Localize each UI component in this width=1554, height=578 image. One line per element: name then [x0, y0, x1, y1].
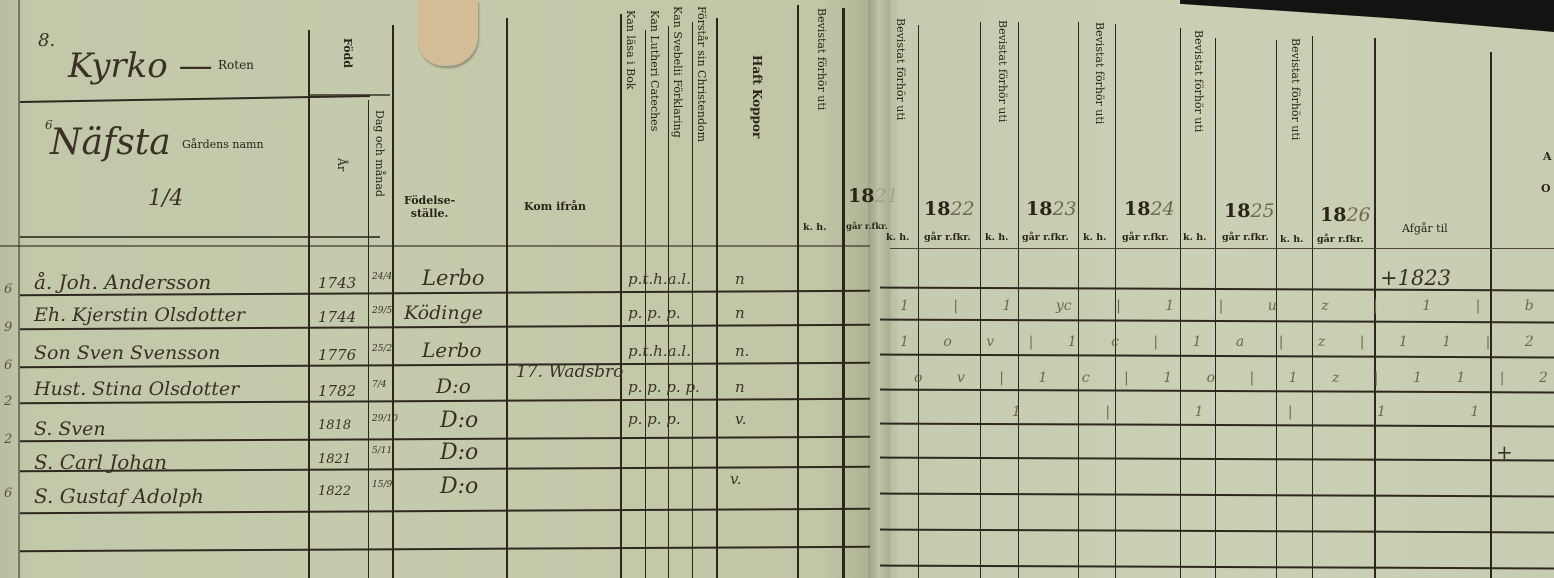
header-forstar: Förstår sin Christendom	[695, 6, 708, 142]
header-kan-luther: Kan Lutheri Cateches	[648, 10, 661, 131]
paper-bookmark-tab	[418, 0, 478, 66]
header-afgar-til: Afgår til	[1402, 222, 1448, 235]
plus-mark: +	[1496, 440, 1513, 464]
sub-k-h-1821: k. h.	[803, 222, 826, 233]
birth-day-month: 29/5	[372, 306, 392, 316]
birthplace: D:o	[436, 374, 471, 398]
rote-label: Roten	[218, 58, 254, 72]
birth-day-month: 25/2	[372, 344, 392, 354]
sub-gard-1823: går r.fkr.	[1022, 232, 1069, 243]
sub-gard-1826: går r.fkr.	[1317, 234, 1364, 245]
header-kan-lasa: Kan läsa i Bok	[624, 10, 637, 90]
birthplace: Ködinge	[404, 302, 483, 324]
birthplace: D:o	[440, 440, 478, 465]
register-page: 8. Kyrko — Roten 6 Näfsta Gårdens namn 1…	[0, 0, 1554, 578]
koppor: v.	[735, 410, 746, 428]
book-gutter	[868, 0, 890, 578]
reading-marks: p. p. p. p.	[628, 378, 700, 396]
farm-label: Gårdens namn	[182, 138, 264, 151]
year-1821: 1821	[848, 185, 899, 207]
birth-year: 1776	[318, 346, 356, 364]
sub-k-h-1824: k. h.	[1083, 232, 1106, 243]
birth-day-month: 29/10	[372, 414, 398, 424]
koppor: n	[735, 304, 745, 322]
reading-marks: p.t.h.a.l.	[628, 342, 691, 360]
header-bevistat-1822: Bevistat förhör uti	[894, 18, 907, 120]
sub-k-h-1826: k. h.	[1280, 234, 1303, 245]
header-fodelsestalle: Födelse- ställe.	[404, 194, 455, 220]
header-dag-manad: Dag och månad	[373, 110, 386, 197]
header-bevistat-1825: Bevistat förhör uti	[1192, 30, 1205, 132]
birth-year: 1743	[318, 274, 356, 292]
koppor: n.	[735, 342, 749, 360]
header-kom-ifran: Kom ifrån	[524, 200, 586, 213]
koppor: n	[735, 378, 745, 396]
header-haft-koppor: Haft Koppor	[750, 55, 764, 138]
header-ar: År	[335, 158, 348, 171]
examination-entries: 1 | 1 | 1 1	[1012, 404, 1479, 420]
farm-fraction: 1/4	[148, 186, 183, 211]
year-1824: 1824	[1124, 198, 1175, 220]
birth-day-month: 24/4	[372, 272, 392, 282]
birth-year: 1744	[318, 308, 356, 326]
header-bevistat-1824: Bevistat förhör uti	[1093, 22, 1106, 124]
sub-k-h-1823: k. h.	[985, 232, 1008, 243]
sub-gard-1824: går r.fkr.	[1122, 232, 1169, 243]
right-edge-letter-a: A	[1543, 150, 1552, 163]
examination-entries: 1 o v | 1 c | 1 a | z | 1 1 | 2 2	[900, 334, 1554, 350]
header-bevistat-1821: Bevistat förhör uti	[815, 8, 828, 110]
person-name: Hust. Stina Olsdotter	[34, 378, 239, 400]
birth-day-month: 7/4	[372, 380, 386, 390]
person-name: S. Gustaf Adolph	[34, 484, 204, 508]
birthplace: Lerbo	[422, 266, 485, 290]
rote-number: 8.	[38, 30, 55, 51]
koppor: v.	[730, 470, 741, 488]
reading-marks: p.t.h.a.l.	[628, 270, 691, 288]
examination-entries: o v | 1 c | 1 o | 1 z | 1 1 | 2 2	[914, 370, 1554, 386]
person-name: Son Sven Svensson	[34, 342, 220, 364]
person-name: å. Joh. Andersson	[34, 270, 211, 294]
birth-year: 1821	[318, 452, 351, 467]
person-name: S. Sven	[34, 418, 106, 440]
person-name: Eh. Kjerstin Olsdotter	[34, 304, 245, 326]
sub-gard-1825: går r.fkr.	[1222, 232, 1269, 243]
header-kan-svebelii: Kan Svebelii Förklaring	[671, 6, 684, 138]
birthplace: D:o	[440, 408, 478, 433]
sub-gard-1821: går r.fkr.	[846, 222, 888, 232]
header-fodd: Född	[341, 38, 354, 68]
sub-k-h-1825: k. h.	[1183, 232, 1206, 243]
reading-marks: p. p. p.	[628, 410, 681, 428]
birth-day-month: 15/9	[372, 480, 392, 490]
sub-k-h-1822: k. h.	[886, 232, 909, 243]
person-name: S. Carl Johan	[34, 450, 167, 474]
rote-name: Kyrko —	[68, 46, 213, 86]
koppor: n	[735, 270, 745, 288]
year-1825: 1825	[1224, 200, 1275, 222]
right-edge-letter-o: O	[1541, 182, 1551, 195]
birth-year: 1782	[318, 382, 356, 400]
came-from: 17. Wadsbro	[516, 362, 623, 382]
year-1822: 1822	[924, 198, 975, 220]
year-1823: 1823	[1026, 198, 1077, 220]
afgar-entry: +1823	[1380, 266, 1451, 290]
farm-name: Näfsta	[50, 122, 171, 163]
year-1826: 1826	[1320, 204, 1371, 226]
background-edge	[1180, 0, 1554, 32]
birthplace: Lerbo	[422, 338, 482, 362]
birthplace: D:o	[440, 474, 478, 499]
birth-day-month: 5/11	[372, 446, 392, 456]
header-bevistat-1823: Bevistat förhör uti	[996, 20, 1009, 122]
examination-entries: 1 | 1 yc | 1 | u z | 1 | b 2	[900, 298, 1554, 314]
reading-marks: p. p. p.	[628, 304, 681, 322]
header-bevistat-1826: Bevistat förhör uti	[1289, 38, 1302, 140]
sub-gard-1822: går r.fkr.	[924, 232, 971, 243]
birth-year: 1822	[318, 484, 351, 499]
birth-year: 1818	[318, 418, 351, 433]
